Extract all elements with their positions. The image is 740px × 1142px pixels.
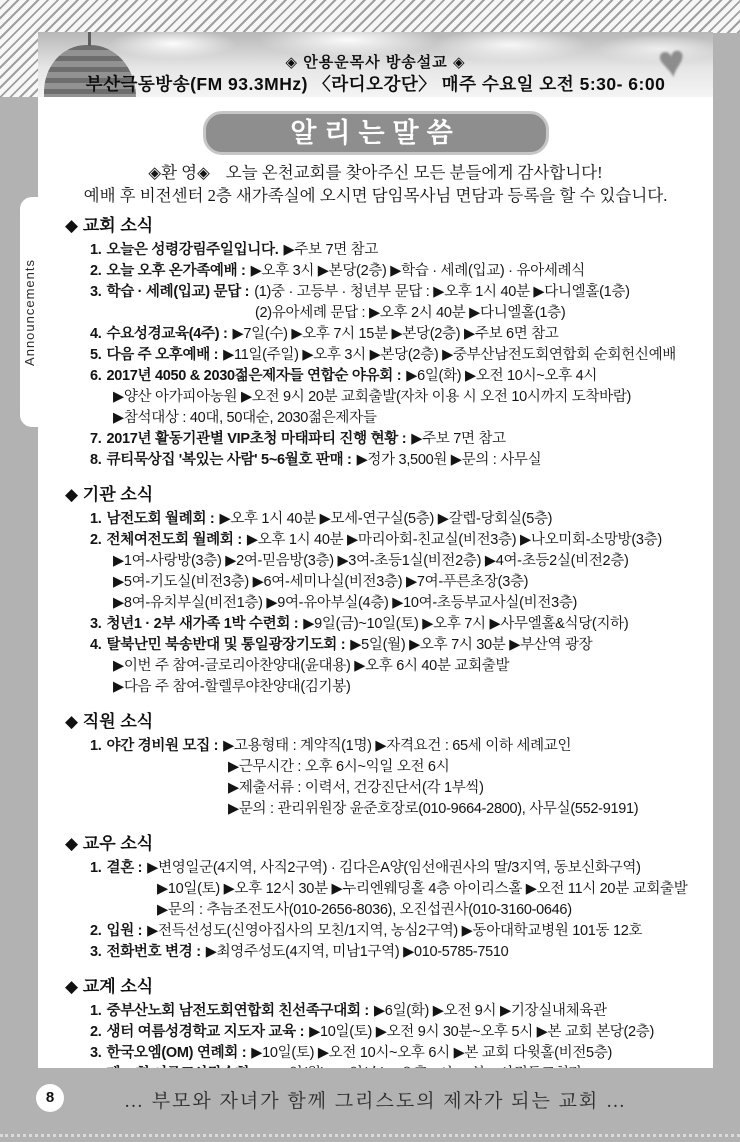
item-number: 6. xyxy=(90,368,102,384)
news-item-continuation: ▶문의 : 관리위원장 윤준호장로(010-9664-2800), 사무실(55… xyxy=(38,799,713,820)
item-detail: ▶전득선성도(신영아집사의 모친/1지역, 농심2구역) ▶동아대학교병원 10… xyxy=(147,923,642,939)
news-item: 3.한국오엠(OM) 연례회 :▶10일(토) ▶오전 10시~오후 6시 ▶본… xyxy=(38,1043,713,1064)
news-item: 3.학습 · 세례(입교) 문답 :(1)중 · 고등부 · 청년부 문답 : … xyxy=(38,282,713,303)
news-item: 1.야간 경비원 모집 :▶고용형태 : 계약직(1명) ▶자격요건 : 65세… xyxy=(38,736,713,757)
broadcast-schedule: 부산극동방송(FM 93.3MHz) 〈라디오강단〉 매주 수요일 오전 5:3… xyxy=(38,73,713,96)
news-item: 2.생터 여름성경학교 지도자 교육 :▶10일(토) ▶오전 9시 30분~오… xyxy=(38,1022,713,1043)
news-section: ◆ 교회 소식1.오늘은 성령강림주일입니다.▶주보 7면 참고2.오늘 오후 … xyxy=(38,215,713,471)
item-detail: ▶11일(주일) ▶오후 3시 ▶본당(2층) ▶중부산남전도회연합회 순회헌신… xyxy=(223,347,676,363)
item-detail: ▶5일(월) ▶오후 7시 30분 ▶부산역 광장 xyxy=(350,637,592,653)
item-detail: ▶주보 7면 참고 xyxy=(283,242,378,258)
news-item: 8.큐티묵상집 '복있는 사람' 5~6월호 판매 :▶정가 3,500원 ▶문… xyxy=(38,450,713,471)
item-number: 2. xyxy=(90,1024,102,1040)
page-title: 알리는말씀 xyxy=(203,111,549,155)
item-number: 3. xyxy=(90,944,102,960)
news-item: 1.결혼 :▶변영일군(4지역, 사직2구역) · 김다은A양(임선애권사의 딸… xyxy=(38,858,713,879)
news-item-continuation: ▶제출서류 : 이력서, 건강진단서(각 1부씩) xyxy=(38,778,713,799)
item-title: 탈북난민 북송반대 및 통일광장기도회 : xyxy=(107,637,346,653)
news-item-continuation: ▶1여-사랑방(3층) ▶2여-믿음방(3층) ▶3여-초등1실(비전2층) ▶… xyxy=(38,551,713,572)
item-title: 학습 · 세례(입교) 문답 : xyxy=(107,284,250,300)
news-item-continuation: ▶이번 주 참여-글로리아찬양대(윤대용) ▶오후 6시 40분 교회출발 xyxy=(38,656,713,677)
item-detail: ▶최영주성도(4지역, 미남1구역) ▶010-5785-7510 xyxy=(206,944,509,960)
broadcast-title: ◈ 안용운목사 방송설교 ◈ xyxy=(38,53,713,73)
section-heading: ◆ 직원 소식 xyxy=(38,711,713,733)
item-detail: ▶6일(화) ▶오전 10시~오후 4시 xyxy=(406,368,597,384)
announcements-side-tab: Announcements xyxy=(20,197,38,427)
news-section: ◆ 교우 소식1.결혼 :▶변영일군(4지역, 사직2구역) · 김다은A양(임… xyxy=(38,833,713,963)
news-item: 3.청년1 · 2부 새가족 1박 수련회 :▶9일(금)~10일(토) ▶오후… xyxy=(38,614,713,635)
item-number: 1. xyxy=(90,242,102,258)
item-number: 1. xyxy=(90,860,102,876)
section-heading: ◆ 교우 소식 xyxy=(38,833,713,855)
item-number: 1. xyxy=(90,511,102,527)
gray-margin-right-top xyxy=(713,33,740,97)
footer-motto: … 부모와 자녀가 함께 그리스도의 제자가 되는 교회 … xyxy=(38,1086,713,1113)
bottom-dotted-line xyxy=(0,1134,740,1137)
welcome-block: ◈환 영◈오늘 온천교회를 찾아주신 모든 분들에게 감사합니다! 예배 후 비… xyxy=(38,161,713,207)
news-item-continuation: ▶10일(토) ▶오후 12시 30분 ▶누리엔웨딩홀 4층 아이리스홀 ▶오전… xyxy=(38,879,713,900)
broadcast-text: ◈ 안용운목사 방송설교 ◈ 부산극동방송(FM 93.3MHz) 〈라디오강단… xyxy=(38,53,713,96)
news-item-continuation: ▶근무시간 : 오후 6시~익일 오전 6시 xyxy=(38,757,713,778)
item-title: 입원 : xyxy=(107,923,143,939)
news-section: ◆ 기관 소식1.남전도회 월례회 :▶오후 1시 40분 ▶모세-연구실(5층… xyxy=(38,484,713,698)
item-detail: ▶7일(수) ▶오후 7시 15분 ▶본당(2층) ▶주보 6면 참고 xyxy=(233,326,559,342)
radio-broadcast-banner: ♥ ◈ 안용운목사 방송설교 ◈ 부산극동방송(FM 93.3MHz) 〈라디오… xyxy=(38,32,713,97)
news-item-continuation: ▶양산 아가피아농원 ▶오전 9시 20분 교회출발(자차 이용 시 오전 10… xyxy=(38,387,713,408)
item-number: 4. xyxy=(90,326,102,342)
news-item-continuation: (2)유아세례 문답 : ▶오후 2시 40분 ▶다니엘홀(1층) xyxy=(38,303,713,324)
news-item: 1.중부산노회 남전도회연합회 친선족구대회 :▶6일(화) ▶오전 9시 ▶기… xyxy=(38,1001,713,1022)
item-title: 남전도회 월례회 : xyxy=(107,511,215,527)
item-title: 야간 경비원 모집 : xyxy=(107,738,219,754)
item-title: 2017년 활동기관별 VIP초청 마태파티 진행 현황 : xyxy=(107,431,407,447)
item-detail: ▶19일(월)~21일(수) ▶오후 6시 30분 ▶사직동교회당 xyxy=(262,1066,582,1068)
welcome-badge: ◈환 영◈ xyxy=(148,163,209,182)
news-item-continuation: ▶참석대상 : 40대, 50대순, 2030젊은제자들 xyxy=(38,408,713,429)
item-number: 2. xyxy=(90,263,102,279)
item-detail: ▶정가 3,500원 ▶문의 : 사무실 xyxy=(357,452,542,468)
side-tab-label: Announcements xyxy=(22,259,37,366)
item-number: 1. xyxy=(90,738,102,754)
news-item: 2.전체여전도회 월례회 :▶오후 1시 40분 ▶마리아회-친교실(비전3층)… xyxy=(38,530,713,551)
item-title: 생터 여름성경학교 지도자 교육 : xyxy=(107,1024,305,1040)
item-detail: ▶오후 1시 40분 ▶모세-연구실(5층) ▶갈렙-당회실(5층) xyxy=(219,511,552,527)
section-heading: ◆ 기관 소식 xyxy=(38,484,713,506)
item-number: 2. xyxy=(90,923,102,939)
item-title: 한국오엠(OM) 연례회 : xyxy=(107,1045,247,1061)
item-detail: ▶10일(토) ▶오전 9시 30분~오후 5시 ▶본 교회 본당(2층) xyxy=(309,1024,654,1040)
section-heading: ◆ 교회 소식 xyxy=(38,215,713,237)
news-item: 5.다음 주 오후예배 :▶11일(주일) ▶오후 3시 ▶본당(2층) ▶중부… xyxy=(38,345,713,366)
item-number: 5. xyxy=(90,347,102,363)
section-heading: ◆ 교계 소식 xyxy=(38,976,713,998)
news-item: 1.남전도회 월례회 :▶오후 1시 40분 ▶모세-연구실(5층) ▶갈렙-당… xyxy=(38,509,713,530)
item-detail: ▶오후 3시 ▶본당(2층) ▶학습 · 세례(입교) · 유아세례식 xyxy=(251,263,585,279)
welcome-line-1: ◈환 영◈오늘 온천교회를 찾아주신 모든 분들에게 감사합니다! xyxy=(38,161,713,184)
sections: ◆ 교회 소식1.오늘은 성령강림주일입니다.▶주보 7면 참고2.오늘 오후 … xyxy=(38,207,713,1068)
welcome-line-2: 예배 후 비전센터 2층 새가족실에 오시면 담임목사님 면담과 등록을 할 수… xyxy=(38,184,713,207)
news-item-continuation: ▶5여-기도실(비전3층) ▶6여-세미나실(비전3층) ▶7여-푸른초장(3층… xyxy=(38,572,713,593)
news-section: ◆ 직원 소식1.야간 경비원 모집 :▶고용형태 : 계약직(1명) ▶자격요… xyxy=(38,711,713,820)
item-detail: ▶오후 1시 40분 ▶마리아회-친교실(비전3층) ▶나오미회-소망방(3층) xyxy=(247,532,662,548)
news-item-continuation: ▶다음 주 참여-할렐루야찬양대(김기봉) xyxy=(38,677,713,698)
item-title: 제36회 여름교사강습회 : xyxy=(107,1066,258,1068)
news-item: 1.오늘은 성령강림주일입니다.▶주보 7면 참고 xyxy=(38,240,713,261)
item-number: 8. xyxy=(90,452,102,468)
welcome-text: 오늘 온천교회를 찾아주신 모든 분들에게 감사합니다! xyxy=(226,163,603,182)
item-number: 3. xyxy=(90,616,102,632)
item-number: 1. xyxy=(90,1003,102,1019)
item-title: 청년1 · 2부 새가족 1박 수련회 : xyxy=(107,616,299,632)
item-detail: (1)중 · 고등부 · 청년부 문답 : ▶오후 1시 40분 ▶다니엘홀(1… xyxy=(254,284,629,300)
item-title: 큐티묵상집 '복있는 사람' 5~6월호 판매 : xyxy=(107,452,352,468)
item-detail: ▶변영일군(4지역, 사직2구역) · 김다은A양(임선애권사의 딸/3지역, … xyxy=(147,860,641,876)
news-item: 4.제36회 여름교사강습회 :▶19일(월)~21일(수) ▶오후 6시 30… xyxy=(38,1064,713,1068)
item-number: 7. xyxy=(90,431,102,447)
item-detail: ▶고용형태 : 계약직(1명) ▶자격요건 : 65세 이하 세례교인 xyxy=(223,738,571,754)
item-detail: ▶6일(화) ▶오전 9시 ▶기장실내체육관 xyxy=(374,1003,607,1019)
item-title: 오늘은 성령강림주일입니다. xyxy=(107,242,279,258)
item-title: 2017년 4050 & 2030젊은제자들 연합순 야유회 : xyxy=(107,368,402,384)
item-title: 오늘 오후 온가족예배 : xyxy=(107,263,246,279)
item-detail: ▶10일(토) ▶오전 10시~오후 6시 ▶본 교회 다윗홀(비전5층) xyxy=(251,1045,612,1061)
news-item: 2.오늘 오후 온가족예배 :▶오후 3시 ▶본당(2층) ▶학습 · 세례(입… xyxy=(38,261,713,282)
item-number: 3. xyxy=(90,284,102,300)
bulletin-page: 알리는말씀 ◈환 영◈오늘 온천교회를 찾아주신 모든 분들에게 감사합니다! … xyxy=(38,97,713,1068)
news-item: 2.입원 :▶전득선성도(신영아집사의 모친/1지역, 농심2구역) ▶동아대학… xyxy=(38,921,713,942)
item-title: 수요성경교육(4주) : xyxy=(107,326,228,342)
item-title: 결혼 : xyxy=(107,860,143,876)
item-title: 전화번호 변경 : xyxy=(107,944,201,960)
news-item-continuation: ▶문의 : 추늠조전도사(010-2656-8036), 오진섭권사(010-3… xyxy=(38,900,713,921)
item-number: 4. xyxy=(90,1066,102,1068)
news-item: 4.탈북난민 북송반대 및 통일광장기도회 :▶5일(월) ▶오후 7시 30분… xyxy=(38,635,713,656)
news-item: 7.2017년 활동기관별 VIP초청 마태파티 진행 현황 :▶주보 7면 참… xyxy=(38,429,713,450)
item-title: 전체여전도회 월례회 : xyxy=(107,532,242,548)
item-detail: ▶주보 7면 참고 xyxy=(411,431,506,447)
item-title: 다음 주 오후예배 : xyxy=(107,347,219,363)
news-section: ◆ 교계 소식1.중부산노회 남전도회연합회 친선족구대회 :▶6일(화) ▶오… xyxy=(38,976,713,1068)
item-number: 2. xyxy=(90,532,102,548)
news-item: 4.수요성경교육(4주) :▶7일(수) ▶오후 7시 15분 ▶본당(2층) … xyxy=(38,324,713,345)
news-item: 6.2017년 4050 & 2030젊은제자들 연합순 야유회 :▶6일(화)… xyxy=(38,366,713,387)
item-title: 중부산노회 남전도회연합회 친선족구대회 : xyxy=(107,1003,369,1019)
news-item: 3.전화번호 변경 :▶최영주성도(4지역, 미남1구역) ▶010-5785-… xyxy=(38,942,713,963)
item-number: 3. xyxy=(90,1045,102,1061)
news-item-continuation: ▶8여-유치부실(비전1층) ▶9여-유아부실(4층) ▶10여-초등부교사실(… xyxy=(38,593,713,614)
item-detail: ▶9일(금)~10일(토) ▶오후 7시 ▶사무엘홀&식당(지하) xyxy=(303,616,628,632)
item-number: 4. xyxy=(90,637,102,653)
